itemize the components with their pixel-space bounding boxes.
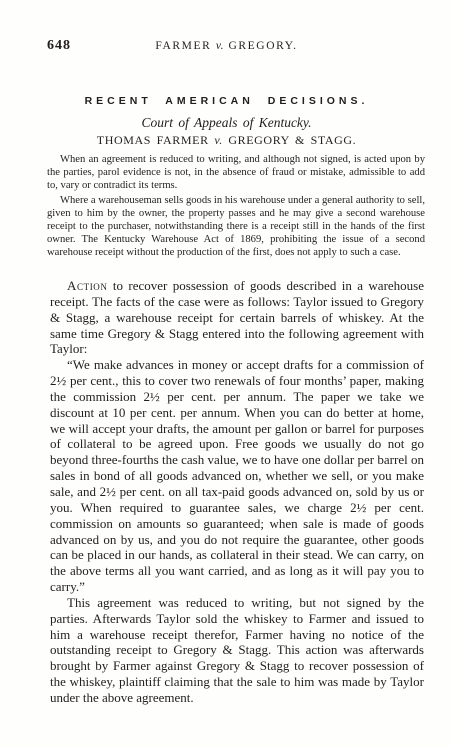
running-title-versus: v. <box>216 40 224 52</box>
case-title-right: GREGORY & STAGG. <box>228 133 356 147</box>
page-number: 648 <box>47 38 71 54</box>
running-title-left: FARMER <box>155 40 211 52</box>
running-header: 648 FARMER v. GREGORY. <box>0 38 453 54</box>
body-paragraph-2-agreement-quote: “We make advances in money or accept dra… <box>50 357 424 595</box>
scanned-book-page: 648 FARMER v. GREGORY. RECENT AMERICAN D… <box>0 0 453 748</box>
section-heading: RECENT AMERICAN DECISIONS. <box>0 95 453 107</box>
running-title-right: GREGORY. <box>229 40 298 52</box>
case-title-versus: v. <box>214 133 222 147</box>
body-paragraph-3: This agreement was reduced to writing, b… <box>50 595 424 706</box>
opinion-body: Action to recover possession of goods de… <box>50 278 424 706</box>
case-title-left: THOMAS FARMER <box>97 133 209 147</box>
syllabus: When an agreement is reduced to writing,… <box>47 153 425 261</box>
court-name: Court of Appeals of Kentucky. <box>0 115 453 131</box>
syllabus-paragraph-2: Where a warehouseman sells goods in his … <box>47 194 425 259</box>
case-title: THOMAS FARMER v. GREGORY & STAGG. <box>0 133 453 148</box>
body-paragraph-1: Action to recover possession of goods de… <box>50 278 424 357</box>
action-smallcaps-lead: Action <box>67 278 108 293</box>
syllabus-paragraph-1: When an agreement is reduced to writing,… <box>47 153 425 192</box>
